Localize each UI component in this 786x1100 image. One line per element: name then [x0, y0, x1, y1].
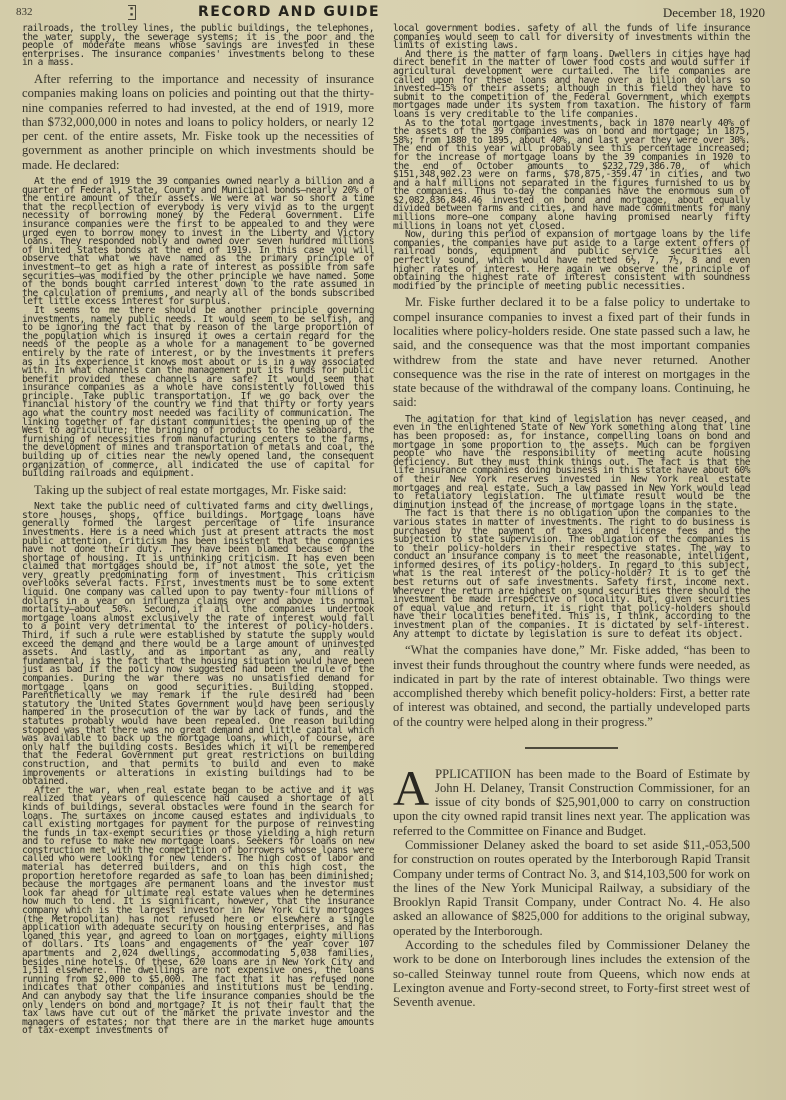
quote-paragraph: local government bodies. safety of all t… [393, 25, 750, 51]
left-column: railroads, the trolley lines, the public… [22, 25, 374, 1036]
newspaper-page: 832 ▪▪ RECORD AND GUIDE December 18, 192… [0, 0, 786, 1100]
quote-paragraph: railroads, the trolley lines, the public… [22, 25, 374, 68]
right-column: local government bodies. safety of all t… [393, 25, 750, 1010]
ornament-icon: ▪▪ [128, 5, 136, 20]
body-paragraph: Commissioner Delaney asked the board to … [393, 838, 750, 938]
section-divider [525, 747, 618, 749]
drop-cap: A [393, 768, 429, 808]
quote-paragraph: At the end of 1919 the 39 companies owne… [22, 178, 374, 307]
article-transit-bonds: APPLICATIION has been made to the Board … [393, 767, 750, 1010]
journal-title: RECORD AND GUIDE [198, 4, 380, 20]
body-paragraph: After referring to the importance and ne… [22, 72, 374, 172]
quote-paragraph: Now, during this period of expansion of … [393, 231, 750, 291]
page-number: 832 [16, 6, 33, 18]
issue-date: December 18, 1920 [663, 5, 765, 21]
quote-paragraph: After the war, when real estate began to… [22, 787, 374, 1036]
quote-paragraph: The fact is that there is no obligation … [393, 510, 750, 639]
body-paragraph: Taking up the subject of real estate mor… [22, 483, 374, 497]
article-lead-text: PPLICATIION has been made to the Board o… [393, 767, 750, 838]
body-paragraph: Mr. Fiske further declared it to be a fa… [393, 295, 750, 409]
body-paragraph: APPLICATIION has been made to the Board … [393, 767, 750, 838]
quote-paragraph: Next take the public need of cultivated … [22, 503, 374, 787]
quote-paragraph: As to the total mortgage investments, ba… [393, 120, 750, 232]
quote-paragraph: The agitation for that kind of legislati… [393, 416, 750, 511]
quote-paragraph: And there is the matter of farm loans. D… [393, 51, 750, 120]
quote-paragraph: It seems to me there should be another p… [22, 307, 374, 479]
body-paragraph: “What the companies have done,” Mr. Fisk… [393, 643, 750, 729]
body-paragraph: According to the schedules filed by Comm… [393, 938, 750, 1009]
